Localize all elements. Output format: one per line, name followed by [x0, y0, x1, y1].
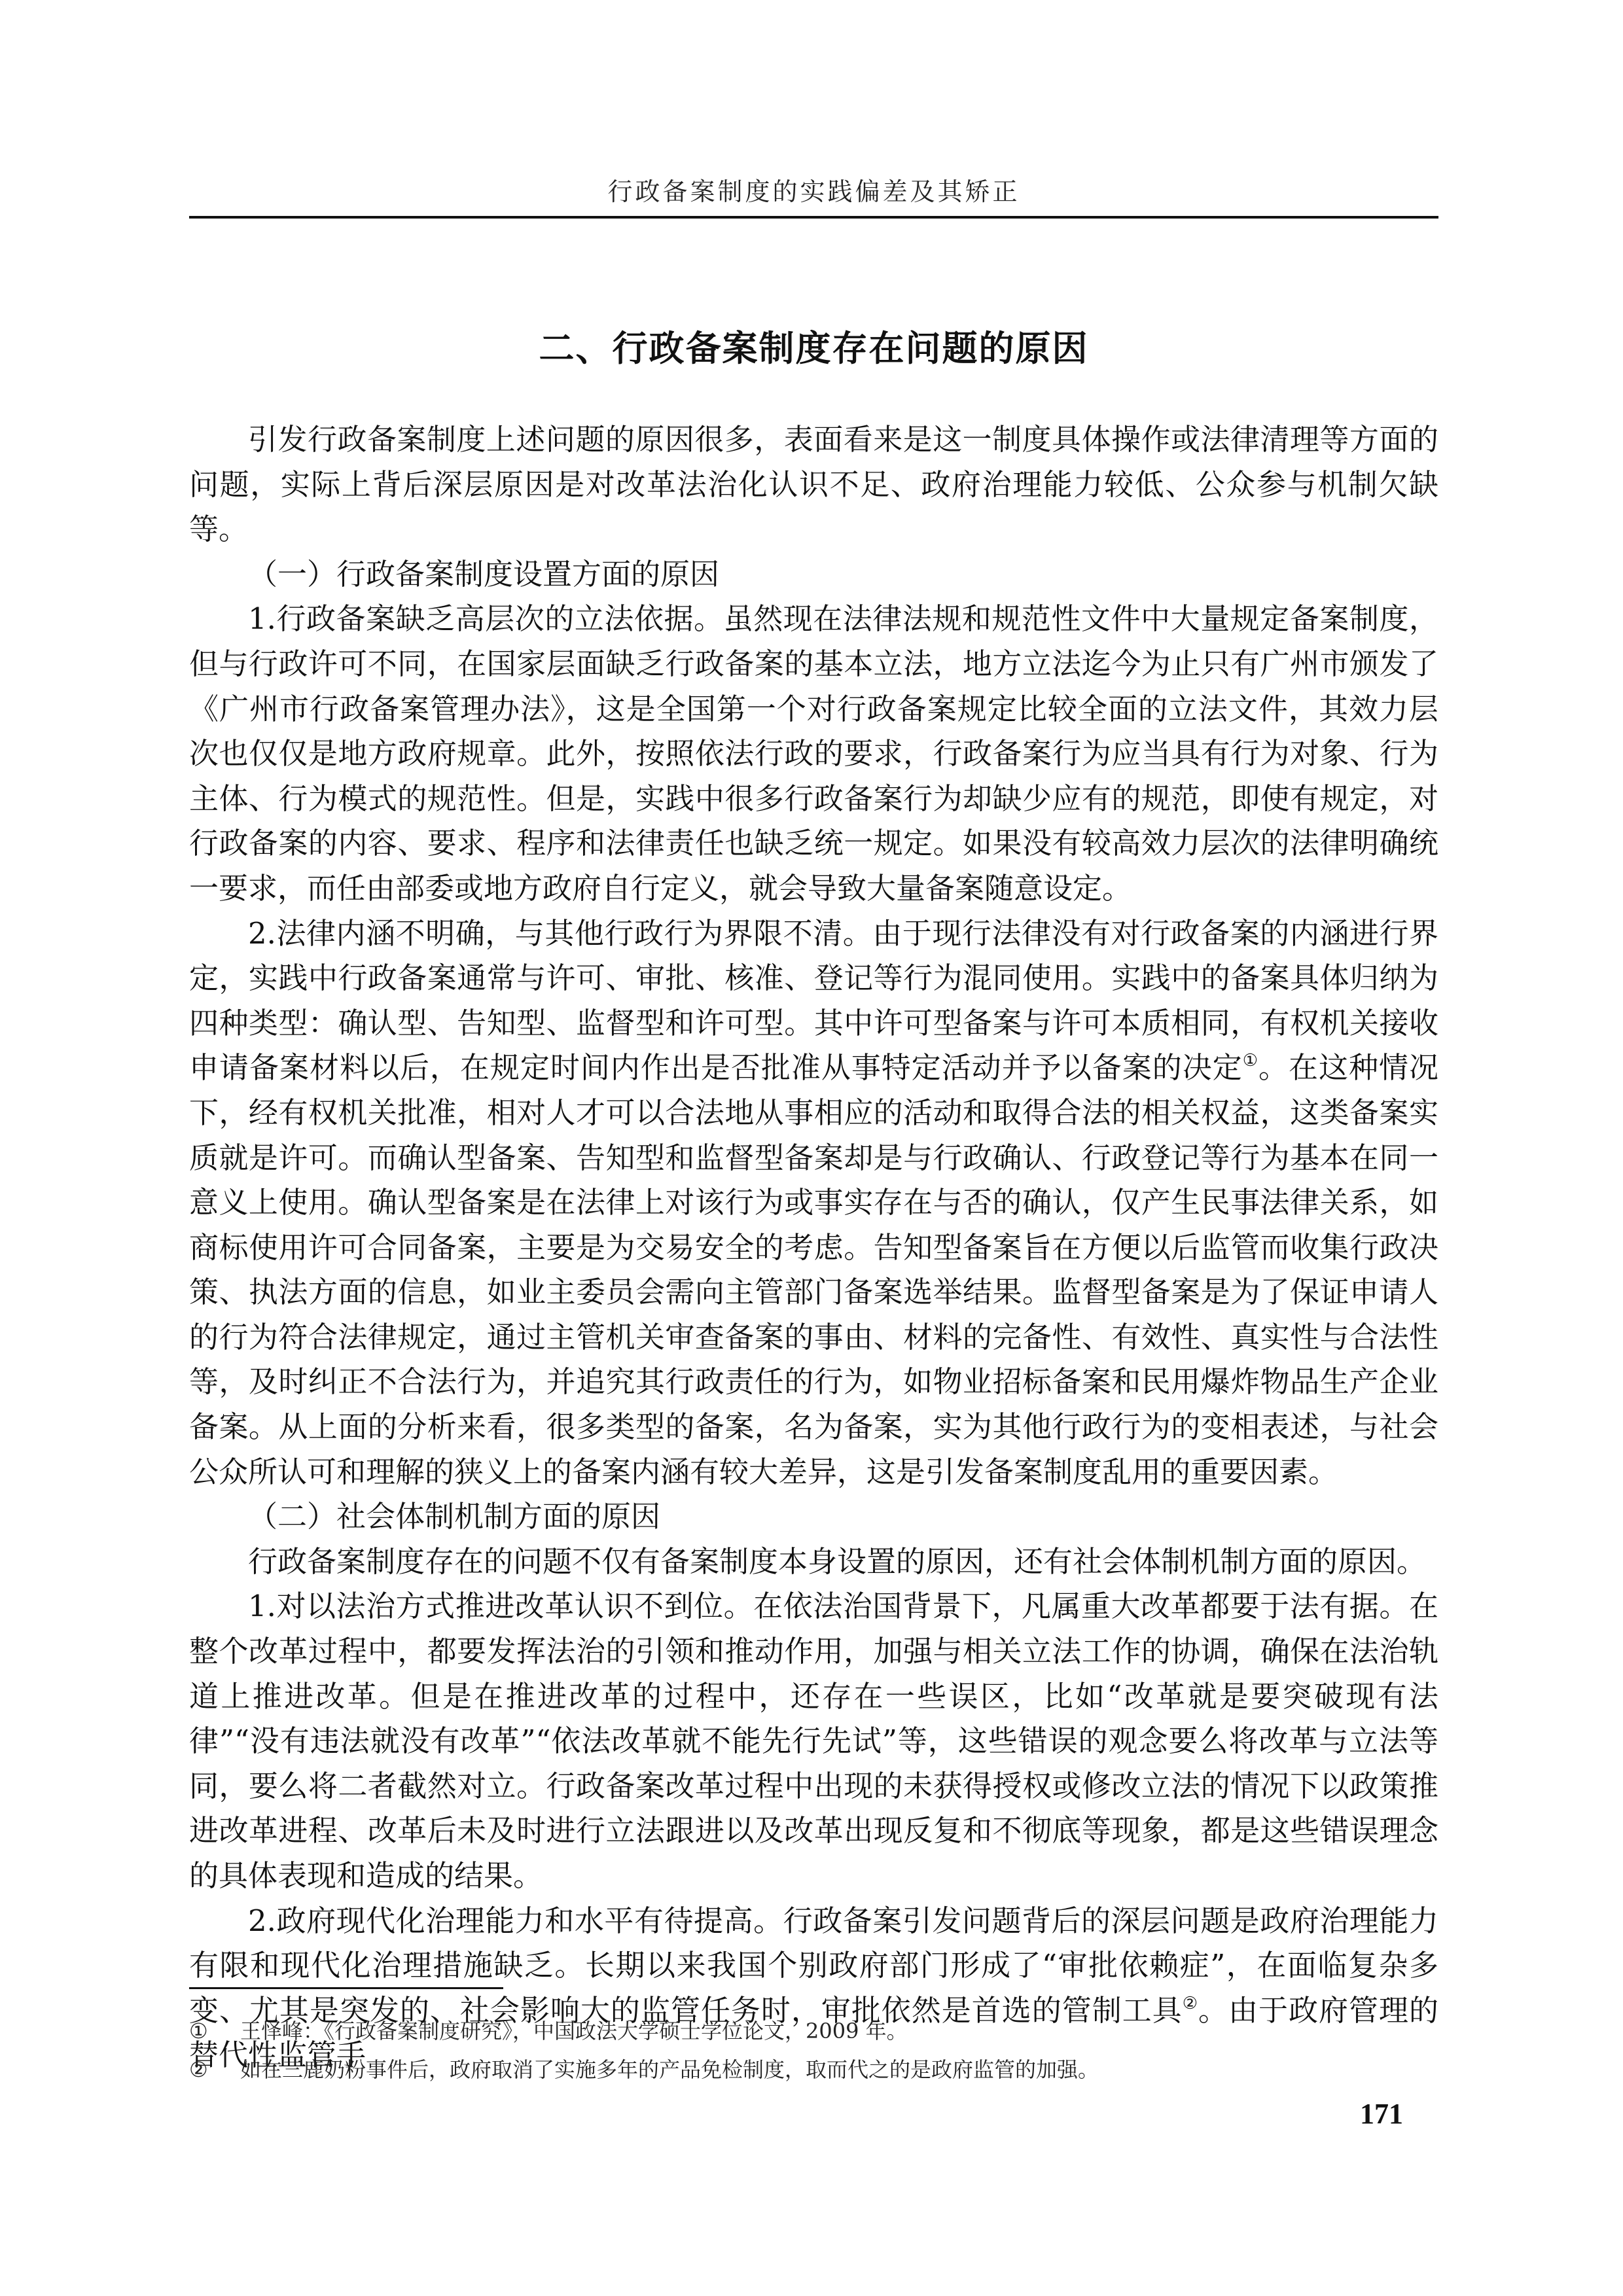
header-rule — [189, 216, 1438, 219]
page-number: 171 — [1360, 2097, 1403, 2130]
paragraph-intro: 引发行政备案制度上述问题的原因很多，表面看来是这一制度具体操作或法律清理等方面的… — [189, 417, 1438, 552]
footnote-mark: ① — [189, 2012, 240, 2051]
paragraph-point-1-2: 2.法律内涵不明确，与其他行政行为界限不清。由于现行法律没有对行政备案的内涵进行… — [189, 911, 1438, 1495]
footnote-ref-2[interactable]: ② — [1183, 1994, 1198, 2013]
footnote-text: 王怿峰：《行政备案制度研究》，中国政法大学硕士学位论文，2009 年。 — [240, 2012, 908, 2051]
footnote-2: ② 如在三鹿奶粉事件后，政府取消了实施多年的产品免检制度，取而代之的是政府监管的… — [189, 2051, 1438, 2089]
paragraph-social-intro: 行政备案制度存在的问题不仅有备案制度本身设置的原因，还有社会体制机制方面的原因。 — [189, 1540, 1438, 1585]
paragraph-point-2-1: 1.对以法治方式推进改革认识不到位。在依法治国背景下，凡属重大改革都要于法有据。… — [189, 1584, 1438, 1898]
subheading-institutional: （一）行政备案制度设置方面的原因 — [189, 552, 1438, 597]
section-title: 二、行政备案制度存在问题的原因 — [189, 321, 1438, 371]
footnote-text: 如在三鹿奶粉事件后，政府取消了实施多年的产品免检制度，取而代之的是政府监管的加强… — [240, 2051, 1099, 2089]
running-head: 行政备案制度的实践偏差及其矫正 — [189, 171, 1438, 207]
footnotes: ① 王怿峰：《行政备案制度研究》，中国政法大学硕士学位论文，2009 年。 ② … — [189, 2012, 1438, 2089]
footnote-ref-1[interactable]: ① — [1243, 1051, 1258, 1070]
footnote-1: ① 王怿峰：《行政备案制度研究》，中国政法大学硕士学位论文，2009 年。 — [189, 2012, 1438, 2051]
subheading-social: （二）社会体制机制方面的原因 — [189, 1494, 1438, 1540]
paragraph-point-1-1: 1.行政备案缺乏高层次的立法依据。虽然现在法律法规和规范性文件中大量规定备案制度… — [189, 597, 1438, 911]
footnote-mark: ② — [189, 2051, 240, 2089]
footnote-rule — [189, 1987, 503, 1989]
body-text: 引发行政备案制度上述问题的原因很多，表面看来是这一制度具体操作或法律清理等方面的… — [189, 417, 1438, 2078]
